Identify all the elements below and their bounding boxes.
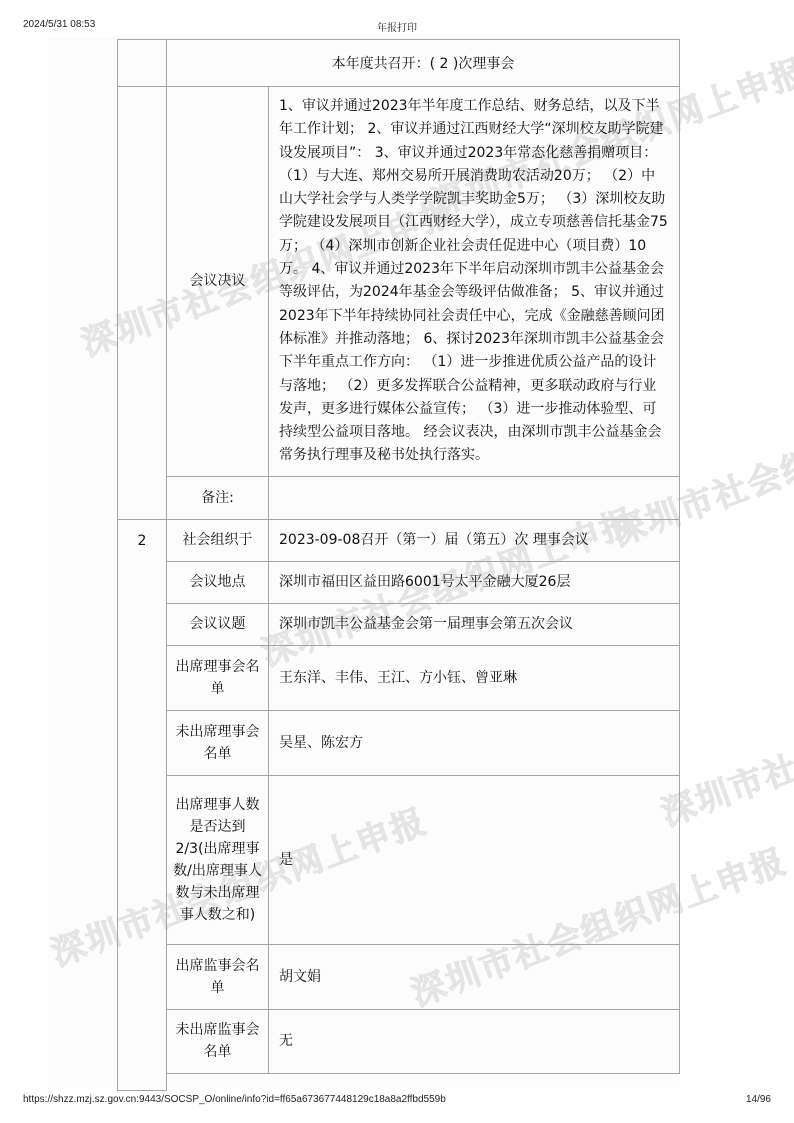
table-row: 未出席理事会名单 吴星、陈宏方 [118, 710, 680, 775]
table-row: 出席监事会名单 胡文娟 [118, 944, 680, 1009]
empty-cell [167, 1073, 680, 1090]
table-row: 2 社会组织于 2023-09-08召开（第一）届（第五）次 理事会议 [118, 519, 680, 561]
meeting-topic-value: 深圳市凯丰公益基金会第一届理事会第五次会议 [269, 603, 680, 645]
table-row: 会议地点 深圳市福田区益田路6001号太平金融大厦26层 [118, 561, 680, 603]
absent-directors-value: 吴星、陈宏方 [269, 710, 680, 775]
table-row: 会议决议 1、审议并通过2023年半年度工作总结、财务总结，以及下半年工作计划；… [118, 87, 680, 477]
resolution-value: 1、审议并通过2023年半年度工作总结、财务总结，以及下半年工作计划； 2、审议… [269, 87, 680, 477]
print-url: https://shzz.mzj.sz.gov.cn:9443/SOCSP_O/… [23, 1094, 446, 1105]
empty-cell [118, 40, 167, 87]
attending-supervisors-value: 胡文娟 [269, 944, 680, 1009]
summary-row: 本年度共召开：( 2 )次理事会 [118, 40, 680, 87]
meeting-number: 2 [118, 519, 167, 1090]
meeting-date-label: 社会组织于 [167, 519, 269, 561]
meeting-location-label: 会议地点 [167, 561, 269, 603]
page-number: 14/96 [746, 1094, 771, 1105]
table-row: 出席理事人数是否达到2/3(出席理事数/出席理事人数与未出席理事人数之和) 是 [118, 775, 680, 944]
resolution-label: 会议决议 [167, 87, 269, 477]
absent-supervisors-label: 未出席监事会名单 [167, 1009, 269, 1073]
meeting-date-value: 2023-09-08召开（第一）届（第五）次 理事会议 [269, 519, 680, 561]
remarks-label: 备注: [167, 476, 269, 519]
absent-directors-label: 未出席理事会名单 [167, 710, 269, 775]
print-title: 年报打印 [0, 19, 794, 34]
empty-cell [118, 87, 167, 520]
quorum-label: 出席理事人数是否达到2/3(出席理事数/出席理事人数与未出席理事人数之和) [167, 775, 269, 944]
absent-supervisors-value: 无 [269, 1009, 680, 1073]
table-row: 出席理事会名单 王东洋、丰伟、王江、方小钰、曾亚琳 [118, 645, 680, 710]
table-row-continuation [118, 1073, 680, 1090]
table-row: 会议议题 深圳市凯丰公益基金会第一届理事会第五次会议 [118, 603, 680, 645]
meeting-count-summary: 本年度共召开：( 2 )次理事会 [167, 40, 680, 87]
quorum-value: 是 [269, 775, 680, 944]
table-row: 备注: [118, 476, 680, 519]
table-row: 未出席监事会名单 无 [118, 1009, 680, 1073]
meeting-topic-label: 会议议题 [167, 603, 269, 645]
attending-directors-label: 出席理事会名单 [167, 645, 269, 710]
council-meetings-table: 本年度共召开：( 2 )次理事会 会议决议 1、审议并通过2023年半年度工作总… [117, 39, 680, 1091]
attending-directors-value: 王东洋、丰伟、王江、方小钰、曾亚琳 [269, 645, 680, 710]
attending-supervisors-label: 出席监事会名单 [167, 944, 269, 1009]
meeting-location-value: 深圳市福田区益田路6001号太平金融大厦26层 [269, 561, 680, 603]
remarks-value [269, 476, 680, 519]
